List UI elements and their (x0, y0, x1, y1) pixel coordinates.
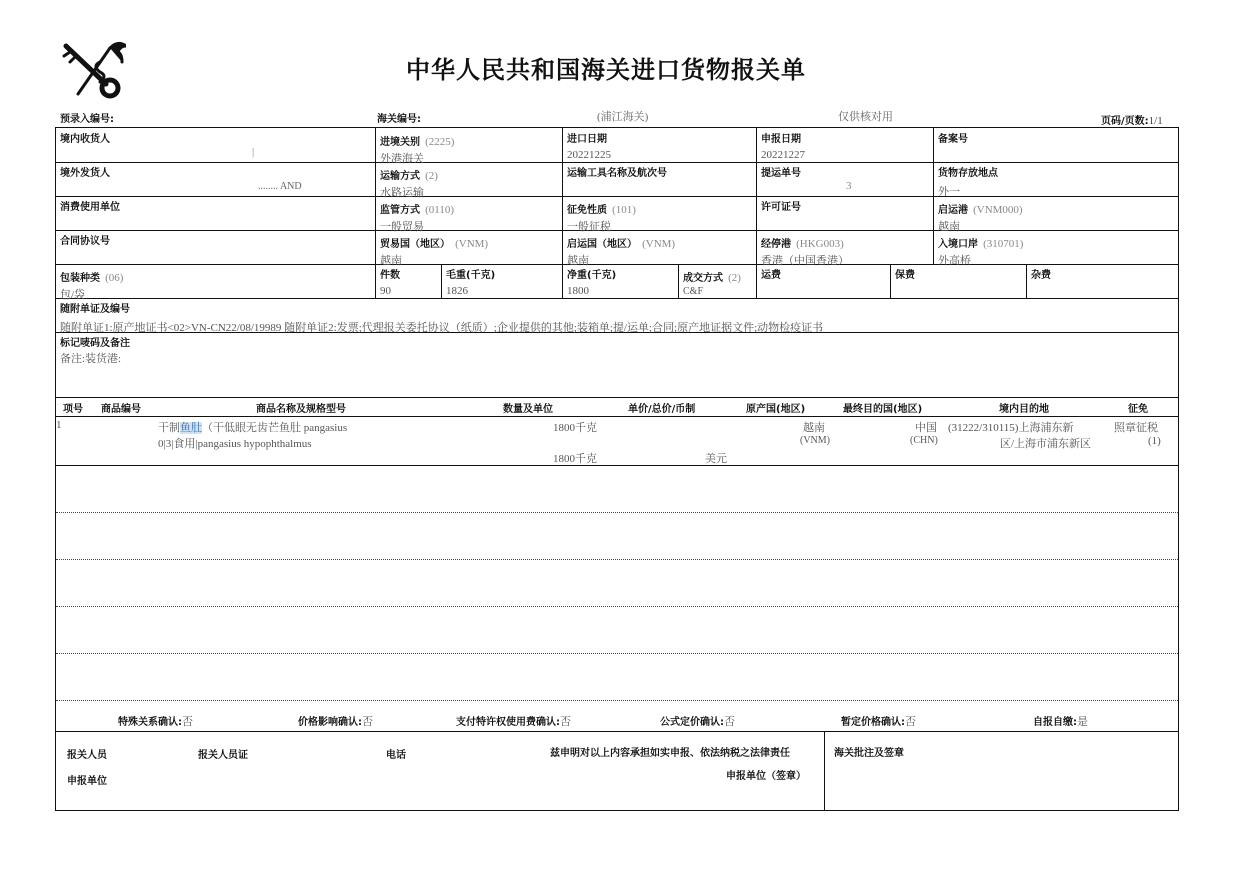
consignee-field: 境内收货人 (60, 130, 110, 145)
consumer-unit-label: 消费使用单位 (60, 198, 120, 213)
levy-nature-code: (101) (612, 204, 636, 216)
net-weight-field: 净重(千克) 1800 (567, 266, 616, 297)
transit-port-label: 经停港 (761, 239, 791, 250)
gross-weight-label: 毛重(千克) (446, 266, 495, 281)
goods-name-post: （干低眼无齿芒鱼肚 pangasius (202, 422, 347, 434)
confirm-self-pay: 自报自缴:是 (1033, 710, 1088, 729)
pre-entry-no-label: 预录入编号: (60, 110, 114, 125)
consignor-label: 境外发货人 (60, 164, 110, 179)
insurance-field: 保费 (895, 266, 915, 281)
col-hs-code: 商品编号 (101, 400, 141, 415)
trade-terms-field: 成交方式 (2) C&F (683, 266, 741, 297)
confirm-provisional-price: 暂定价格确认:否 (841, 710, 916, 729)
import-date-label: 进口日期 (567, 130, 611, 145)
transit-port-code: (HKG003) (796, 238, 844, 250)
storage-place-value: 外一 (938, 183, 998, 199)
entry-customs-field: 进境关别 (2225) 外港海关 (380, 130, 454, 166)
page-indicator: 页码/页数:1/1 (1101, 109, 1163, 128)
marks-remarks-field: 标记唛码及备注 备注:装货港: (60, 334, 130, 366)
customs-emblem-icon (60, 38, 126, 100)
departure-port-field: 启运港 (VNM000) 越南 (938, 198, 1023, 234)
col-goods-name: 商品名称及规格型号 (256, 400, 346, 415)
departure-port-code: (VNM000) (973, 204, 1023, 216)
declare-date-field: 申报日期 20221227 (761, 130, 805, 161)
bill-no-label: 提运单号 (761, 164, 801, 179)
confirm-royalty: 支付特许权使用费确认:否 (456, 710, 571, 729)
declarant-cert-label: 报关人员证 (198, 746, 248, 761)
marks-remarks-value: 备注:装货港: (60, 350, 130, 366)
confirm-special-relation: 特殊关系确认:否 (118, 710, 193, 729)
confirm-price-impact: 价格影响确认:否 (298, 710, 373, 729)
pieces-value: 90 (380, 285, 400, 297)
dest-country-code: (CHN) (910, 435, 938, 446)
goods-name-line1: 干制鱼肚（干低眼无齿芒鱼肚 pangasius (158, 419, 347, 435)
net-weight-value: 1800 (567, 285, 616, 297)
trade-terms-label: 成交方式 (683, 273, 723, 284)
entry-port-value: 外高桥 (938, 252, 1023, 268)
freight-label: 运费 (761, 266, 781, 281)
trade-country-label: 贸易国（地区） (380, 239, 450, 250)
declaration-statement: 兹申明对以上内容承担如实申报、依法纳税之法律责任 (550, 744, 790, 759)
departure-country-code: (VNM) (642, 238, 675, 250)
bill-no-field: 提运单号 (761, 164, 801, 179)
marks-remarks-label: 标记唛码及备注 (60, 334, 130, 349)
package-type-code: (06) (105, 272, 123, 284)
phone-label: 电话 (386, 746, 406, 761)
goods-name-highlight: 鱼肚 (180, 422, 202, 434)
col-origin: 原产国(地区) (746, 400, 805, 415)
watermark-note: 仅供核对用 (838, 108, 893, 124)
levy-mode: 照章征税 (1114, 419, 1158, 435)
gross-weight-field: 毛重(千克) 1826 (446, 266, 495, 297)
insurance-label: 保费 (895, 266, 915, 281)
domestic-dest-line1: (31222/310115)上海浦东新 (948, 419, 1073, 435)
attached-docs-label: 随附单证及编号 (60, 300, 823, 315)
pieces-field: 件数 90 (380, 266, 400, 297)
consignor-field: 境外发货人 (60, 164, 110, 179)
entry-port-label: 入境口岸 (938, 239, 978, 250)
trade-country-code: (VNM) (455, 238, 488, 250)
misc-fee-label: 杂费 (1031, 266, 1051, 281)
transport-mode-label: 运输方式 (380, 171, 420, 182)
page-label: 页码/页数: (1101, 116, 1149, 127)
license-no-field: 许可证号 (761, 198, 801, 213)
confirm-formula-pricing: 公式定价确认:否 (660, 710, 735, 729)
transit-port-field: 经停港 (HKG003) 香港（中国香港） (761, 232, 849, 268)
entry-port-field: 入境口岸 (310701) 外高桥 (938, 232, 1023, 268)
entry-port-code: (310701) (983, 238, 1023, 250)
package-type-field: 包装种类 (06) 包/袋 (60, 266, 123, 302)
col-domestic-dest: 境内目的地 (999, 400, 1049, 415)
departure-country-field: 启运国（地区） (VNM) 越南 (567, 232, 675, 268)
record-no-label: 备案号 (938, 130, 968, 145)
vessel-field: 运输工具名称及航次号 (567, 164, 667, 179)
net-weight-label: 净重(千克) (567, 266, 616, 281)
freight-field: 运费 (761, 266, 781, 281)
entry-customs-label: 进境关别 (380, 137, 420, 148)
quantity-1: 1800千克 (553, 419, 597, 435)
trade-terms-code: (2) (728, 272, 741, 284)
record-no-field: 备案号 (938, 130, 968, 145)
attached-docs-field: 随附单证及编号 随附单证1:原产地证书<02>VN-CN22/08/19989 … (60, 300, 823, 335)
departure-port-label: 启运港 (938, 205, 968, 216)
bill-no-value: 3 (846, 180, 852, 192)
customs-no-label: 海关编号: (377, 110, 421, 125)
goods-name-pre: 干制 (158, 422, 180, 434)
consumer-unit-field: 消费使用单位 (60, 198, 120, 213)
consignee-label: 境内收货人 (60, 130, 110, 145)
page-title: 中华人民共和国海关进口货物报关单 (406, 50, 806, 85)
declarant-label: 报关人员 (67, 746, 107, 761)
misc-fee-field: 杂费 (1031, 266, 1051, 281)
transport-mode-code: (2) (425, 170, 438, 182)
vessel-label: 运输工具名称及航次号 (567, 164, 667, 179)
declare-date-value: 20221227 (761, 149, 805, 161)
license-no-label: 许可证号 (761, 198, 801, 213)
supervision-mode-code: (0110) (425, 204, 454, 216)
declaring-unit-label: 申报单位 (67, 772, 107, 787)
declaring-unit-seal-label: 申报单位（签章） (726, 767, 806, 782)
contract-no-field: 合同协议号 (60, 232, 110, 247)
col-quantity: 数量及单位 (503, 400, 553, 415)
currency: 美元 (705, 450, 727, 466)
consignee-value: | (252, 146, 254, 158)
dest-country: 中国 (915, 419, 937, 435)
origin-country: 越南 (803, 419, 825, 435)
pieces-label: 件数 (380, 266, 400, 281)
contract-no-label: 合同协议号 (60, 232, 110, 247)
supervision-mode-field: 监管方式 (0110) 一般贸易 (380, 198, 454, 234)
package-type-label: 包装种类 (60, 273, 100, 284)
goods-name-line2: 0|3|食用|pangasius hypophthalmus (158, 435, 312, 451)
customs-office: (浦江海关) (597, 108, 648, 124)
domestic-dest-line2: 区/上海市浦东新区 (1000, 435, 1091, 451)
col-item-no: 项号 (63, 400, 83, 415)
col-dest-country: 最终目的国(地区) (843, 400, 922, 415)
trade-country-field: 贸易国（地区） (VNM) 越南 (380, 232, 488, 268)
levy-code: (1) (1148, 435, 1161, 447)
levy-nature-field: 征免性质 (101) 一般征税 (567, 198, 636, 234)
gross-weight-value: 1826 (446, 285, 495, 297)
supervision-mode-label: 监管方式 (380, 205, 420, 216)
page-value: 1/1 (1149, 115, 1163, 127)
origin-code: (VNM) (800, 435, 830, 446)
quantity-2: 1800千克 (553, 450, 597, 466)
consignor-value: ........ AND (258, 181, 302, 192)
storage-place-label: 货物存放地点 (938, 164, 998, 179)
levy-nature-label: 征免性质 (567, 205, 607, 216)
import-date-field: 进口日期 20221225 (567, 130, 611, 161)
departure-country-label: 启运国（地区） (567, 239, 637, 250)
transport-mode-field: 运输方式 (2) 水路运输 (380, 164, 438, 200)
import-date-value: 20221225 (567, 149, 611, 161)
storage-place-field: 货物存放地点 外一 (938, 164, 998, 199)
item-no: 1 (56, 419, 62, 431)
attached-docs-value: 随附单证1:原产地证书<02>VN-CN22/08/19989 随附单证2:发票… (60, 319, 823, 335)
customs-approval-label: 海关批注及签章 (834, 744, 904, 759)
col-levy: 征免 (1128, 400, 1148, 415)
col-price: 单价/总价/币制 (628, 400, 695, 415)
declare-date-label: 申报日期 (761, 130, 805, 145)
trade-terms-value: C&F (683, 286, 741, 297)
entry-customs-code: (2225) (425, 136, 454, 148)
